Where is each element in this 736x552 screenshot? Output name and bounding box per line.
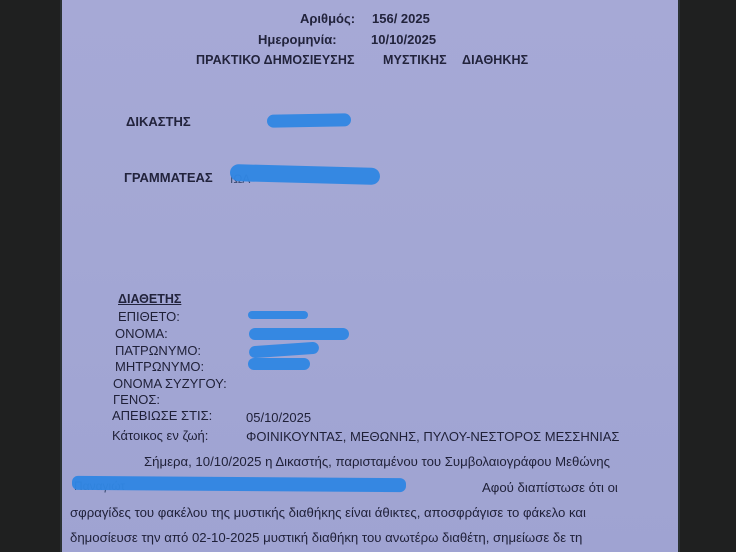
body-line-2: Αφού διαπίστωσε ότι οι	[482, 480, 618, 495]
maiden-name-label: ΓΕΝΟΣ:	[113, 392, 160, 407]
patronymic-redaction	[249, 342, 320, 359]
body-line-1: Σήμερα, 10/10/2025 η Δικαστής, παρισταμέ…	[144, 454, 610, 469]
number-label: Αριθμός:	[300, 11, 355, 26]
judge-label: ΔΙΚΑΣΤΗΣ	[126, 114, 191, 129]
document-title-part2: ΜΥΣΤΙΚΗΣ	[383, 53, 447, 67]
document-title-part3: ΔΙΑΘΗΚΗΣ	[462, 53, 528, 67]
testator-section-title: ΔΙΑΘΕΤΗΣ	[118, 292, 181, 306]
matronymic-redaction	[248, 358, 310, 370]
spouse-name-label: ΟΝΟΜΑ ΣΥΖΥΓΟΥ:	[113, 376, 227, 391]
date-label: Ημερομηνία:	[258, 32, 337, 47]
date-value: 10/10/2025	[371, 32, 436, 47]
matronymic-label: ΜΗΤΡΩΝΥΜΟ:	[115, 359, 204, 374]
name-label: ΟΝΟΜΑ:	[115, 326, 168, 341]
surname-label: ΕΠΙΘΕΤΟ:	[118, 309, 180, 324]
body-line-4: δημοσίευσε την από 02-10-2025 μυστική δι…	[70, 530, 582, 545]
residence-value: ΦΟΙΝΙΚΟΥΝΤΑΣ, ΜΕΘΩΝΗΣ, ΠΥΛΟΥ-ΝΕΣΤΟΡΟΣ ΜΕ…	[246, 429, 619, 444]
document-title-part1: ΠΡΑΚΤΙΚΟ ΔΗΜΟΣΙΕΥΣΗΣ	[196, 53, 355, 67]
date-of-death-value: 05/10/2025	[246, 410, 311, 425]
notary-name-redaction	[72, 476, 406, 492]
document-page: Αριθμός: 156/ 2025 Ημερομηνία: 10/10/202…	[62, 0, 678, 552]
judge-redaction	[267, 113, 351, 127]
date-of-death-label: ΑΠΕΒΙΩΣΕ ΣΤΙΣ:	[112, 408, 212, 423]
residence-label: Κάτοικος εν ζωή:	[112, 428, 208, 443]
secretary-label: ΓΡΑΜΜΑΤΕΑΣ	[124, 170, 213, 185]
patronymic-label: ΠΑΤΡΩΝΥΜΟ:	[115, 343, 201, 358]
number-value: 156/ 2025	[372, 11, 430, 26]
body-line-3: σφραγίδες του φακέλου της μυστικής διαθή…	[70, 505, 586, 520]
name-redaction	[249, 328, 349, 340]
page-right-edge	[678, 0, 680, 552]
secretary-redaction	[230, 164, 380, 185]
surname-redaction	[248, 311, 308, 319]
